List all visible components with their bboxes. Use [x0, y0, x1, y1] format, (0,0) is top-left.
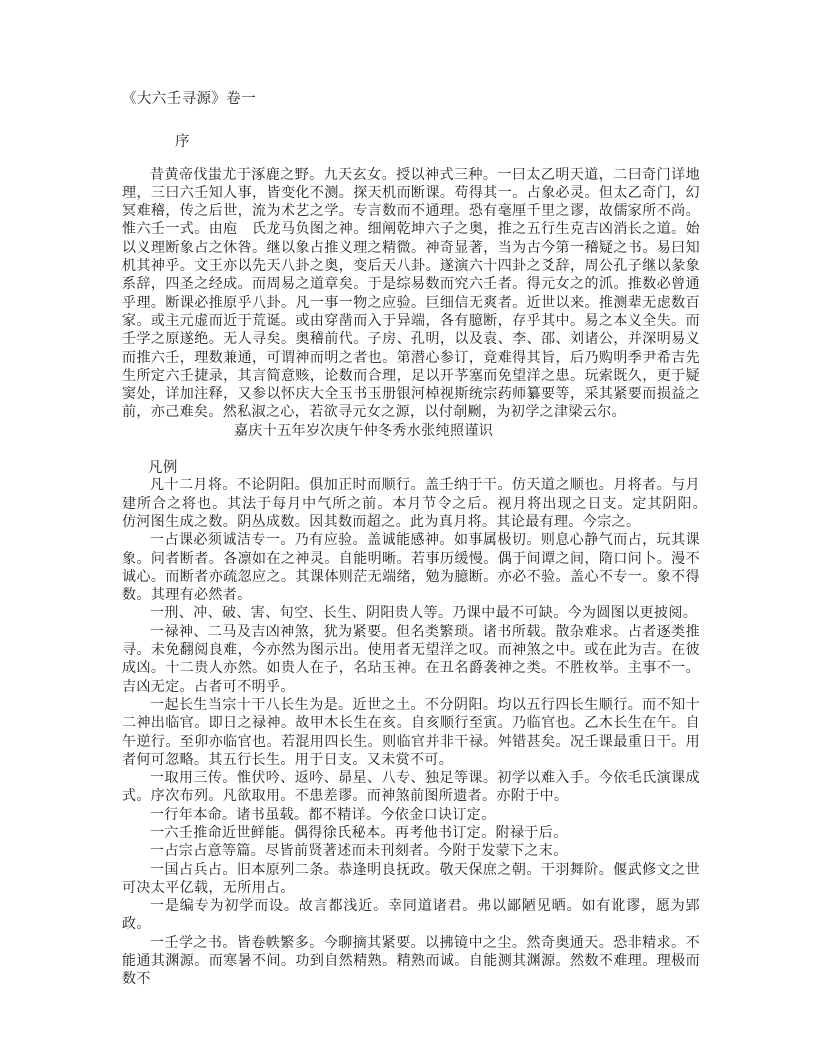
fanli-body: 凡十二月将。不论阴阳。俱加正时而顺行。盖壬纳于干。仿天道之顺也。月将者。与月建所…	[122, 477, 700, 989]
preface-signature: 嘉庆十五年岁次庚午仲冬秀水张纯照谨识	[122, 423, 700, 441]
document-page: 《大六壬寻源》卷一 序 昔黄帝伐蚩尤于涿鹿之野。九天玄女。授以神式三种。一曰太乙…	[0, 0, 816, 1056]
text-block: 《大六壬寻源》卷一 序 昔黄帝伐蚩尤于涿鹿之野。九天玄女。授以神式三种。一曰太乙…	[122, 90, 700, 990]
document-title: 《大六壬寻源》卷一	[122, 90, 700, 108]
paragraph: 一是编专为初学而设。故言都浅近。幸同道诸君。弗以鄙陋见晒。如有讹谬，愿为郢政。	[122, 898, 700, 935]
paragraph: 一行年本命。诸书虽载。都不精详。今依金口诀订定。	[122, 807, 700, 825]
preface-body: 昔黄帝伐蚩尤于涿鹿之野。九天玄女。授以神式三种。一曰太乙明天道，二曰奇门详地理，…	[122, 167, 700, 423]
paragraph: 一壬学之书。皆卷帙繁多。今聊摘其紧要。以拂镜中之尘。然奇奥通天。恐非精求。不能通…	[122, 935, 700, 990]
paragraph: 一取用三传。惟伏吟、返吟、昴星、八专、独足等课。初学以难入手。今依毛氏演课成式。…	[122, 770, 700, 807]
paragraph: 一占宗占意等篇。尽皆前贤著述而未刊刻者。今附于发蒙下之末。	[122, 843, 700, 861]
preface-heading: 序	[122, 133, 700, 151]
paragraph: 昔黄帝伐蚩尤于涿鹿之野。九天玄女。授以神式三种。一曰太乙明天道，二曰奇门详地理，…	[122, 167, 700, 423]
paragraph: 一占课必须诚洁专一。乃有应验。盖诚能感神。如事属极切。则息心静气而占，玩其课象。…	[122, 532, 700, 605]
paragraph: 一起长生当宗十干八长生为是。近世之土。不分阴阳。均以五行四长生顺行。而不知十二神…	[122, 697, 700, 770]
paragraph: 一六壬推命近世鲜能。偶得徐氏秘本。再考他书订定。附禄于后。	[122, 825, 700, 843]
paragraph: 一刑、冲、破、害、旬空、长生、阴阳贵人等。乃课中最不可缺。今为圆图以更披阅。	[122, 605, 700, 623]
paragraph: 凡十二月将。不论阴阳。俱加正时而顺行。盖壬纳于干。仿天道之顺也。月将者。与月建所…	[122, 477, 700, 532]
fanli-heading: 凡例	[122, 459, 700, 477]
paragraph: 一禄神、二马及吉凶神煞，犹为紧要。但名类繁琐。诸书所载。散杂难求。占者逐类推寻。…	[122, 624, 700, 697]
paragraph: 一国占兵占。旧本原列二条。恭逢明良抚政。敬天保庶之朝。干羽舞阶。偃武修文之世可决…	[122, 862, 700, 899]
